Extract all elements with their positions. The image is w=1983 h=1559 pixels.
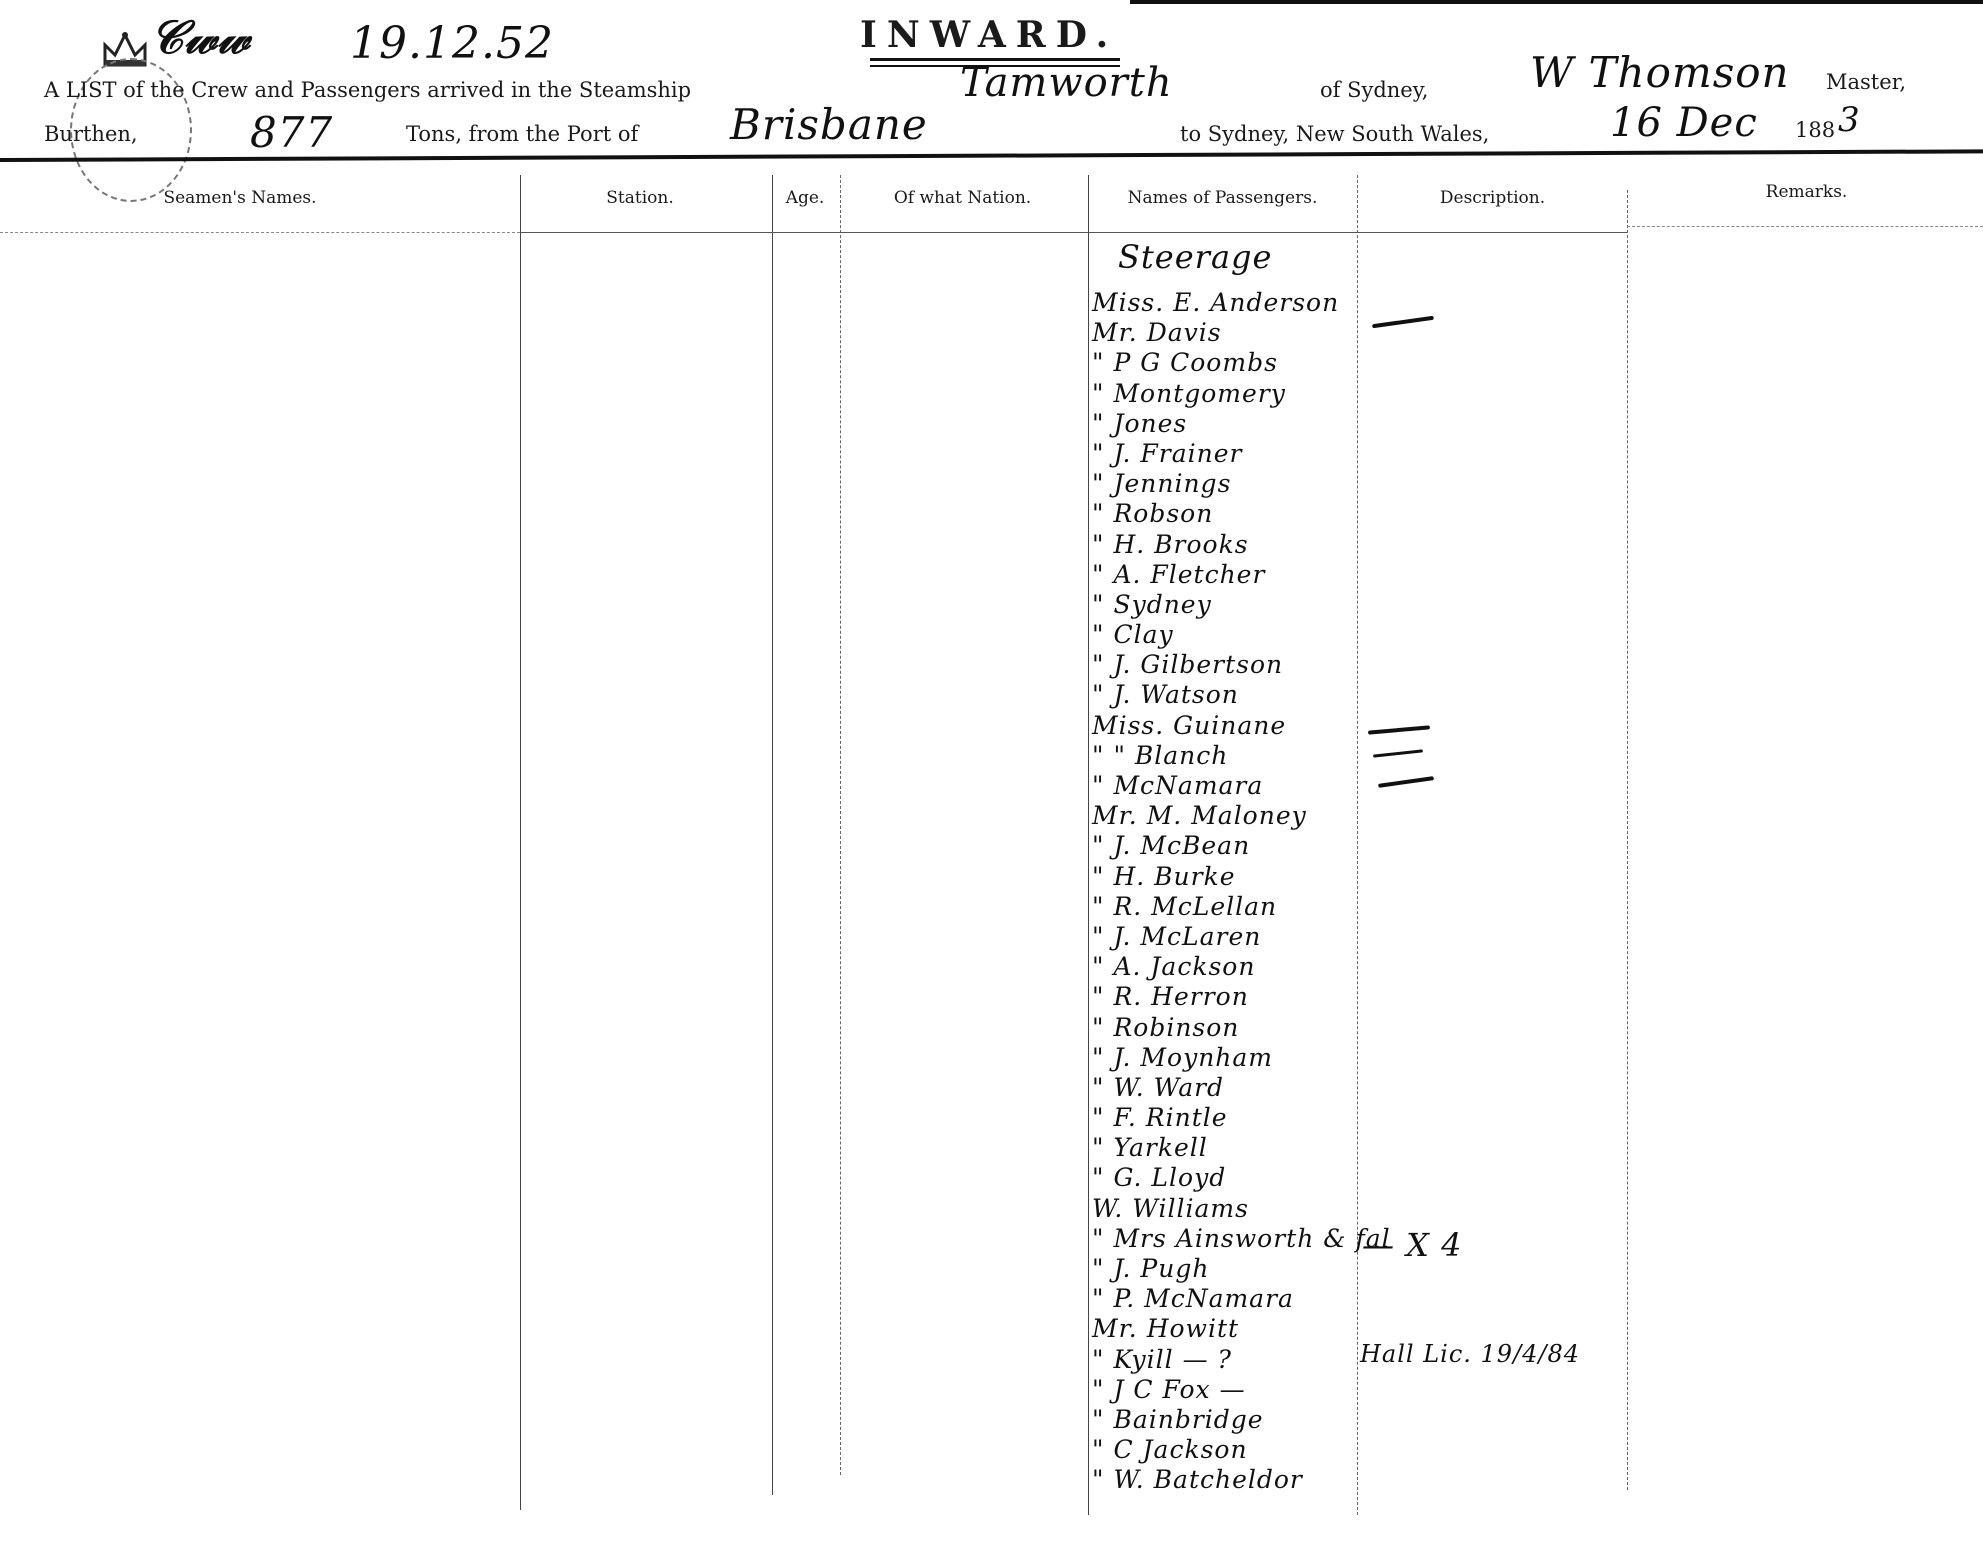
passenger-name: " Kyill — ? — [1092, 1345, 1362, 1375]
burthen-value: 877 — [250, 108, 333, 157]
passenger-name: " C Jackson — [1092, 1435, 1362, 1465]
passenger-name: " " Blanch — [1092, 741, 1362, 771]
passenger-name: " G. Lloyd — [1092, 1163, 1362, 1193]
passenger-name: " F. Rintle — [1092, 1103, 1362, 1133]
passenger-name: Miss. E. Anderson — [1092, 288, 1362, 318]
destination-label: to Sydney, New South Wales, — [1180, 122, 1489, 146]
column-divider — [772, 175, 773, 1495]
passenger-name: " J. Pugh — [1092, 1254, 1362, 1284]
column-divider — [840, 175, 841, 1475]
description-note-ainsworth: — X 4 — [1362, 1226, 1462, 1264]
col-description: Description. — [1360, 188, 1625, 208]
passenger-name: " Yarkell — [1092, 1133, 1362, 1163]
section-heading-steerage: Steerage — [1118, 238, 1272, 276]
burthen-label: Burthen, — [44, 122, 138, 146]
passenger-name: " J. Watson — [1092, 680, 1362, 710]
passenger-name: " R. McLellan — [1092, 892, 1362, 922]
column-divider — [1627, 190, 1628, 1490]
col-station: Station. — [520, 188, 760, 208]
signature-scrawl: 𝒞𝓌𝓌 — [150, 10, 250, 66]
from-port: Brisbane — [730, 100, 928, 149]
arrival-date: 16 Dec — [1610, 100, 1758, 146]
col-seamens-names: Seamen's Names. — [80, 188, 400, 208]
passenger-name: " J. McBean — [1092, 831, 1362, 861]
form-intro-text: A LIST of the Crew and Passengers arrive… — [44, 78, 691, 102]
port-of-registry-label: of Sydney, — [1320, 78, 1429, 102]
passenger-name: W. Williams — [1092, 1194, 1362, 1224]
header-underline — [0, 232, 520, 233]
col-nation: Of what Nation. — [840, 188, 1085, 208]
description-dash-mark — [1372, 316, 1434, 329]
passenger-name: " Jones — [1092, 409, 1362, 439]
passenger-name: " J. Frainer — [1092, 439, 1362, 469]
column-divider — [520, 175, 521, 1510]
master-name: W Thomson — [1530, 48, 1790, 97]
col-age: Age. — [775, 188, 835, 208]
top-border-rule — [1130, 0, 1983, 4]
passenger-name: " Sydney — [1092, 590, 1362, 620]
passenger-name: " A. Jackson — [1092, 952, 1362, 982]
passenger-name: Mr. Davis — [1092, 318, 1362, 348]
passenger-name: " Montgomery — [1092, 379, 1362, 409]
passenger-name: " H. Brooks — [1092, 530, 1362, 560]
passenger-name: Miss. Guinane — [1092, 711, 1362, 741]
top-annotation-date: 19.12.52 — [350, 18, 554, 69]
column-divider — [1088, 175, 1089, 1515]
header-underline — [520, 232, 1627, 233]
passenger-name: " Bainbridge — [1092, 1405, 1362, 1435]
year-printed: 188 — [1795, 118, 1835, 142]
passenger-name: " P G Coombs — [1092, 348, 1362, 378]
tons-from-port-label: Tons, from the Port of — [406, 122, 638, 146]
master-label: Master, — [1826, 70, 1906, 94]
passenger-name: " Robson — [1092, 499, 1362, 529]
passenger-name: " Robinson — [1092, 1013, 1362, 1043]
passenger-name: " H. Burke — [1092, 862, 1362, 892]
year-handwritten: 3 — [1838, 100, 1861, 140]
passenger-name: " J. Moynham — [1092, 1043, 1362, 1073]
col-passenger-names: Names of Passengers. — [1090, 188, 1355, 208]
form-title: INWARD. — [860, 14, 1118, 56]
passenger-name: " W. Batcheldor — [1092, 1465, 1362, 1495]
passenger-name: " Mrs Ainsworth & fal — [1092, 1224, 1362, 1254]
description-dash-mark — [1373, 749, 1423, 757]
ship-name: Tamworth — [960, 60, 1173, 106]
passenger-name: " McNamara — [1092, 771, 1362, 801]
passenger-name: Mr. M. Maloney — [1092, 801, 1362, 831]
description-note-licence: Hall Lic. 19/4/84 — [1360, 1340, 1580, 1368]
passenger-name: " W. Ward — [1092, 1073, 1362, 1103]
passenger-name: Mr. Howitt — [1092, 1314, 1362, 1344]
passenger-name: " R. Herron — [1092, 982, 1362, 1012]
passenger-name: " J C Fox — — [1092, 1375, 1362, 1405]
passenger-name: " A. Fletcher — [1092, 560, 1362, 590]
passenger-name: " J. Gilbertson — [1092, 650, 1362, 680]
passenger-name: " Clay — [1092, 620, 1362, 650]
header-underline — [1627, 226, 1983, 227]
passenger-name: " J. McLaren — [1092, 922, 1362, 952]
passenger-list: Miss. E. Anderson Mr. Davis " P G Coombs… — [1092, 288, 1362, 1496]
description-dash-mark — [1368, 725, 1430, 734]
col-remarks: Remarks. — [1630, 182, 1983, 202]
passenger-name: " Jennings — [1092, 469, 1362, 499]
description-dash-mark — [1378, 776, 1434, 788]
passenger-name: " P. McNamara — [1092, 1284, 1362, 1314]
